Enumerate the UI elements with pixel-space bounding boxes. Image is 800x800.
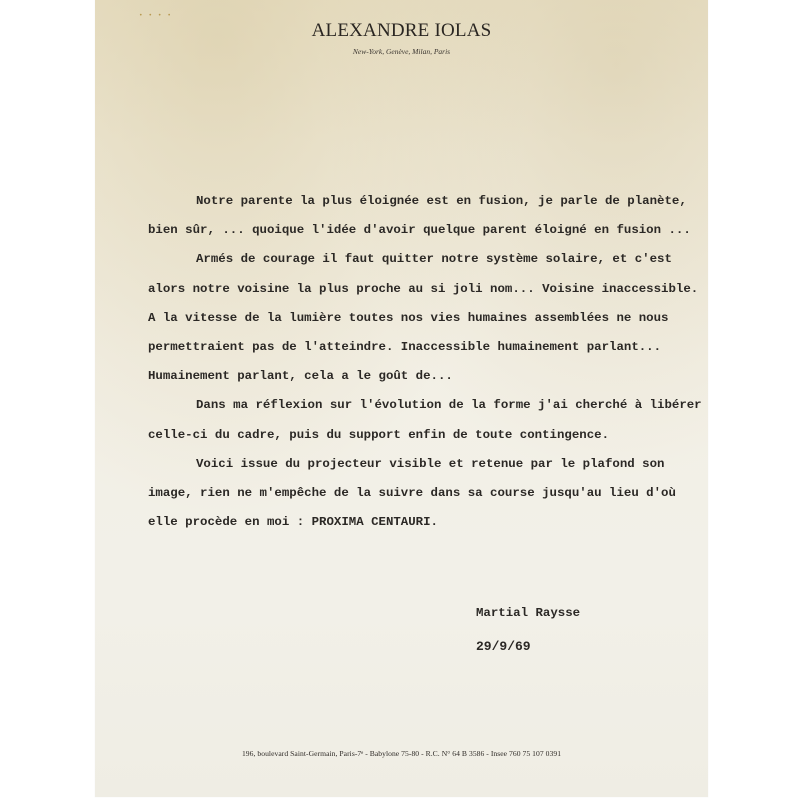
- letterhead-footer-address: 196, boulevard Saint-Germain, Paris-7ᵉ -…: [95, 749, 708, 758]
- signature-name: Martial Raysse: [476, 596, 580, 630]
- letter-line: Humainement parlant, cela a le goût de..…: [148, 362, 708, 391]
- letter-line: alors notre voisine la plus proche au si…: [148, 275, 708, 304]
- letter-date: 29/9/69: [476, 630, 580, 664]
- letter-line: Dans ma réflexion sur l'évolution de la …: [148, 391, 708, 420]
- letter-body: Notre parente la plus éloignée est en fu…: [148, 187, 708, 537]
- letter-line: A la vitesse de la lumière toutes nos vi…: [148, 304, 708, 333]
- letterhead-title: ALEXANDRE IOLAS: [95, 20, 708, 42]
- letter-line: celle-ci du cadre, puis du support enfin…: [148, 421, 708, 450]
- letter-line: Armés de courage il faut quitter notre s…: [148, 245, 708, 274]
- letter-line: Notre parente la plus éloignée est en fu…: [148, 187, 708, 216]
- letter-line: Voici issue du projecteur visible et ret…: [148, 450, 708, 479]
- letter-line: bien sûr, ... quoique l'idée d'avoir que…: [148, 216, 708, 245]
- letterhead-cities: New-York, Genève, Milan, Paris: [95, 47, 708, 56]
- letter-page: • • • • ALEXANDRE IOLAS New-York, Genève…: [95, 0, 708, 797]
- letter-line: permettraient pas de l'atteindre. Inacce…: [148, 333, 708, 362]
- signature-block: Martial Raysse 29/9/69: [476, 596, 580, 664]
- letter-line: elle procède en moi : PROXIMA CENTAURI.: [148, 508, 708, 537]
- decorative-marks: • • • •: [139, 12, 173, 19]
- letter-line: image, rien ne m'empêche de la suivre da…: [148, 479, 708, 508]
